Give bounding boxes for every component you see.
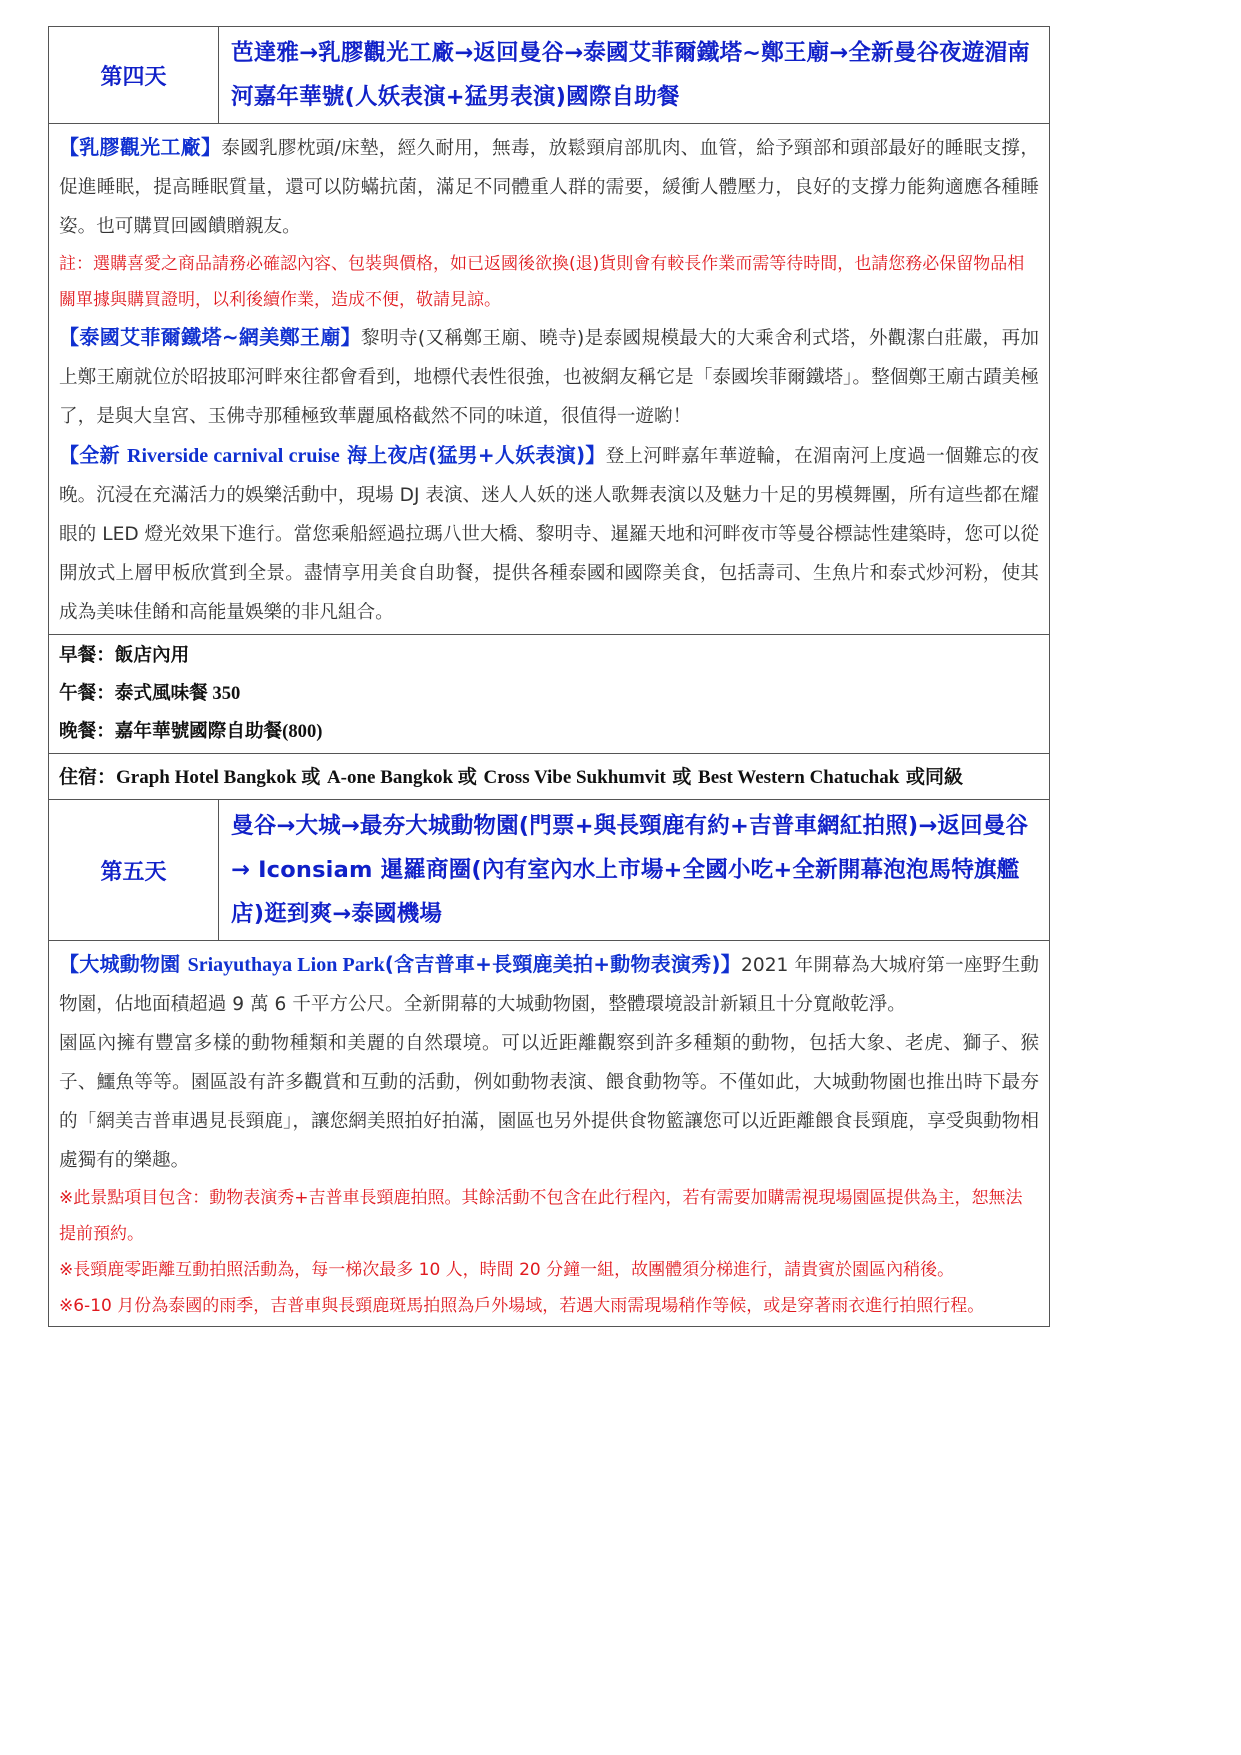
included-note: ※此景點項目包含：動物表演秀+吉普車長頸鹿拍照。其餘活動不包含在此行程內，若有需… xyxy=(59,1180,1039,1252)
day4-label: 第四天 xyxy=(49,27,219,124)
or-equivalent: 或同級 xyxy=(899,766,963,788)
day4-stay-row: 住宿：Graph Hotel Bangkok 或 A-one Bangkok 或… xyxy=(49,754,1050,800)
lion-park-section: 【大城動物園 Sriayuthaya Lion Park(含吉普車+長頸鹿美拍+… xyxy=(59,945,1039,1024)
section-body: 登上河畔嘉年華遊輪，在湄南河上度過一個難忘的夜晚。沉浸在充滿活力的娛樂活動中，現… xyxy=(59,446,1039,623)
itinerary-page: 第四天 芭達雅→乳膠觀光工廠→返回曼谷→泰國艾菲爾鐵塔~鄭王廟→全新曼谷夜遊湄南… xyxy=(48,26,1050,1327)
latex-factory-section: 【乳膠觀光工廠】泰國乳膠枕頭/床墊，經久耐用，無毒，放鬆頸肩部肌肉、血管，給予頸… xyxy=(59,128,1039,246)
giraffe-photo-note: ※長頸鹿零距離互動拍照活動為，每一梯次最多 10 人，時間 20 分鐘一組，故團… xyxy=(59,1252,1039,1288)
accommodation-line: 住宿：Graph Hotel Bangkok 或 A-one Bangkok 或… xyxy=(59,758,1039,797)
day5-route: 曼谷→大城→最夯大城動物園(門票+與長頸鹿有約+吉普車網紅拍照)→返回曼谷→ I… xyxy=(219,800,1050,941)
breakfast-line: 早餐：飯店內用 xyxy=(59,637,1039,675)
title-suffix: 海上夜店(猛男+人妖表演)】 xyxy=(340,443,606,467)
itinerary-table: 第四天 芭達雅→乳膠觀光工廠→返回曼谷→泰國艾菲爾鐵塔~鄭王廟→全新曼谷夜遊湄南… xyxy=(48,26,1050,1327)
hotel-option: Graph Hotel Bangkok xyxy=(116,767,301,788)
cruise-section: 【全新 Riverside carnival cruise 海上夜店(猛男+人妖… xyxy=(59,436,1039,632)
title-suffix: (含吉普車+長頸鹿美拍+動物表演秀)】 xyxy=(385,952,741,976)
rainy-season-note: ※6-10 月份為泰國的雨季，吉普車與長頸鹿斑馬拍照為戶外場域，若遇大雨需現場稍… xyxy=(59,1288,1039,1324)
title-prefix: 【全新 xyxy=(59,443,127,467)
or-text: 或 xyxy=(458,766,484,788)
title-latin: Riverside carnival cruise xyxy=(127,445,340,467)
dinner-line: 晚餐：嘉年華號國際自助餐(800) xyxy=(59,713,1039,751)
hotel-option: Best Western Chatuchak xyxy=(698,767,899,788)
day4-meals-row: 早餐：飯店內用 午餐：泰式風味餐 350 晚餐：嘉年華號國際自助餐(800) xyxy=(49,635,1050,754)
breakfast-value: 飯店內用 xyxy=(115,645,189,666)
lunch-line: 午餐：泰式風味餐 350 xyxy=(59,675,1039,713)
dinner-price: (800) xyxy=(282,721,322,742)
section-title: 【大城動物園 Sriayuthaya Lion Park(含吉普車+長頸鹿美拍+… xyxy=(59,952,741,976)
lion-park-details: 園區內擁有豐富多樣的動物種類和美麗的自然環境。可以近距離觀察到許多種類的動物，包… xyxy=(59,1024,1039,1180)
stay-cell: 住宿：Graph Hotel Bangkok 或 A-one Bangkok 或… xyxy=(49,754,1050,800)
section-title: 【乳膠觀光工廠】 xyxy=(59,135,221,159)
dinner-value: 嘉年華號國際自助餐 xyxy=(115,721,282,742)
breakfast-label: 早餐： xyxy=(59,645,115,666)
shopping-note: 註：選購喜愛之商品請務必確認內容、包裝與價格，如已返國後欲換(退)貨則會有較長作… xyxy=(59,246,1039,318)
lunch-label: 午餐： xyxy=(59,683,115,704)
section-title: 【全新 Riverside carnival cruise 海上夜店(猛男+人妖… xyxy=(59,443,606,467)
wat-arun-section: 【泰國艾菲爾鐵塔~網美鄭王廟】黎明寺(又稱鄭王廟、曉寺)是泰國規模最大的大乘舍利… xyxy=(59,318,1039,436)
lunch-value: 泰式風味餐 xyxy=(115,683,208,704)
day4-content-row: 【乳膠觀光工廠】泰國乳膠枕頭/床墊，經久耐用，無毒，放鬆頸肩部肌肉、血管，給予頸… xyxy=(49,124,1050,635)
day5-label: 第五天 xyxy=(49,800,219,941)
day4-header-row: 第四天 芭達雅→乳膠觀光工廠→返回曼谷→泰國艾菲爾鐵塔~鄭王廟→全新曼谷夜遊湄南… xyxy=(49,27,1050,124)
day5-header-row: 第五天 曼谷→大城→最夯大城動物園(門票+與長頸鹿有約+吉普車網紅拍照)→返回曼… xyxy=(49,800,1050,941)
dinner-label: 晚餐： xyxy=(59,721,115,742)
title-latin: Sriayuthaya Lion Park xyxy=(188,954,385,976)
or-text: 或 xyxy=(666,766,698,788)
day5-content-row: 【大城動物園 Sriayuthaya Lion Park(含吉普車+長頸鹿美拍+… xyxy=(49,941,1050,1327)
or-text: 或 xyxy=(301,766,327,788)
hotel-option: A-one Bangkok xyxy=(327,767,458,788)
day4-content: 【乳膠觀光工廠】泰國乳膠枕頭/床墊，經久耐用，無毒，放鬆頸肩部肌肉、血管，給予頸… xyxy=(49,124,1050,635)
section-title: 【泰國艾菲爾鐵塔~網美鄭王廟】 xyxy=(59,325,361,349)
meals-cell: 早餐：飯店內用 午餐：泰式風味餐 350 晚餐：嘉年華號國際自助餐(800) xyxy=(49,635,1050,754)
day4-route: 芭達雅→乳膠觀光工廠→返回曼谷→泰國艾菲爾鐵塔~鄭王廟→全新曼谷夜遊湄南河嘉年華… xyxy=(219,27,1050,124)
title-prefix: 【大城動物園 xyxy=(59,952,188,976)
day5-content: 【大城動物園 Sriayuthaya Lion Park(含吉普車+長頸鹿美拍+… xyxy=(49,941,1050,1327)
lunch-price: 350 xyxy=(208,683,241,704)
hotel-option: Cross Vibe Sukhumvit xyxy=(483,767,665,788)
stay-label: 住宿： xyxy=(59,766,116,788)
